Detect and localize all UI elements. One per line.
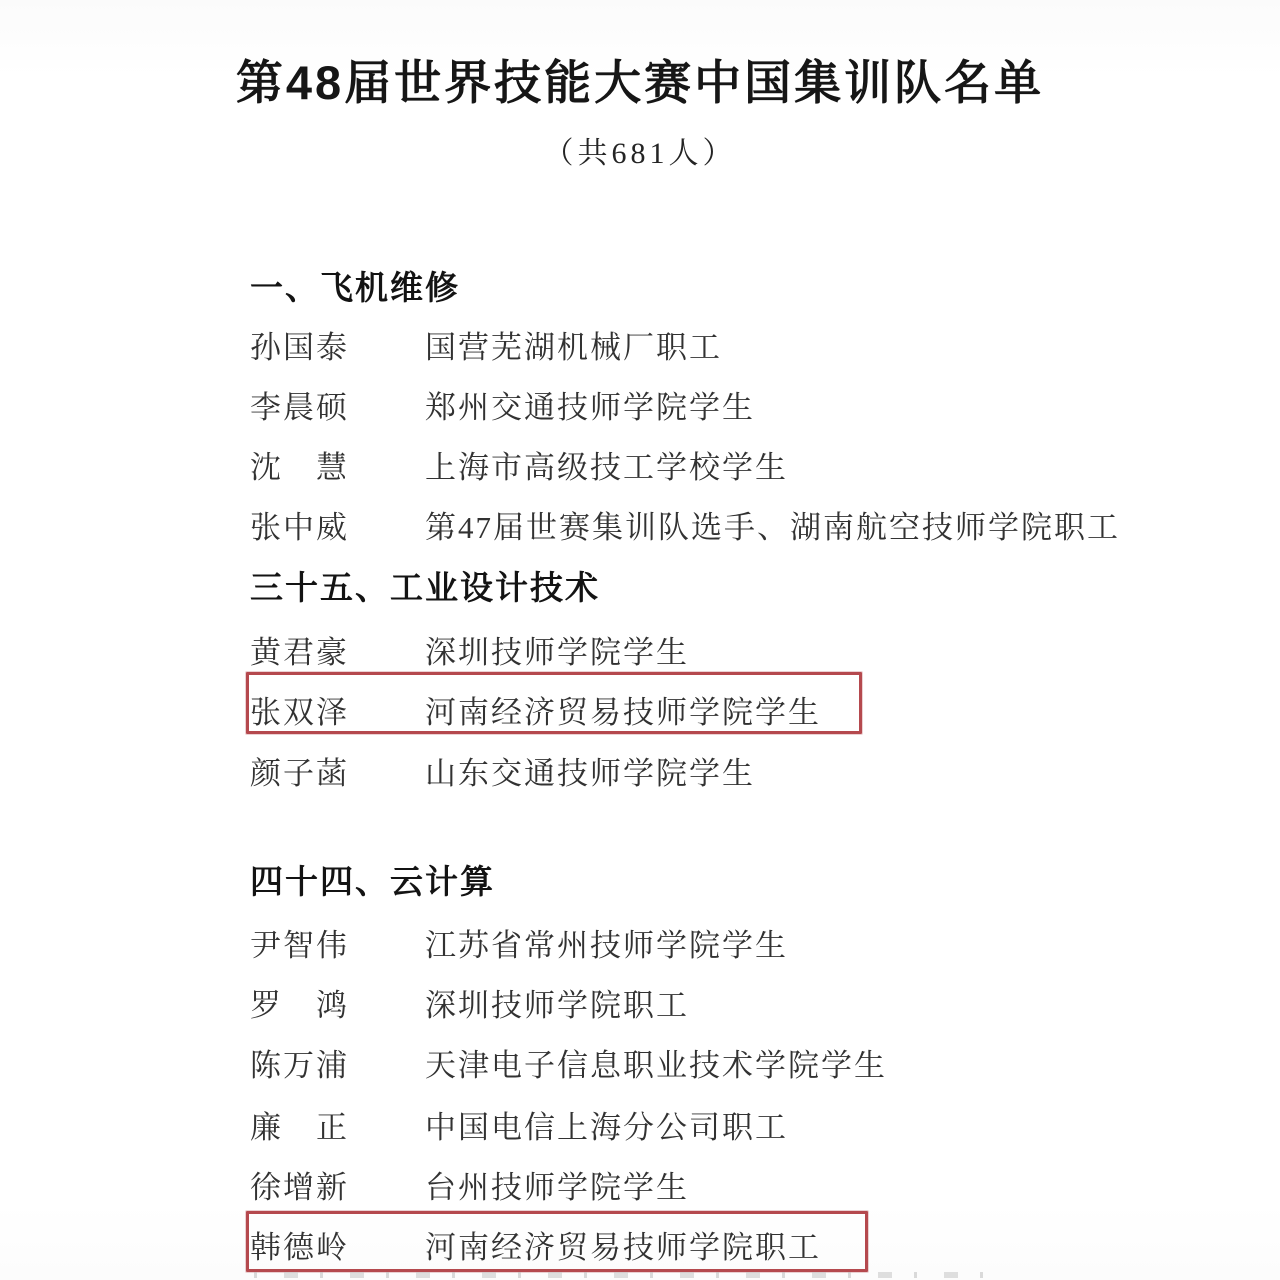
roster-row: 廉 正中国电信上海分公司职工 [250,1102,788,1147]
document-page: 第48届世界技能大赛中国集训队名单 （共681人） 一、飞机维修 孙国泰国营芜湖… [0,0,1280,1280]
roster-row-highlighted: 张双泽河南经济贸易技师学院学生 [250,687,821,732]
member-name: 李晨硕 [250,382,354,427]
member-affiliation: 深圳技师学院学生 [425,627,689,672]
member-name: 张中威 [250,502,354,547]
member-name: 颜子菡 [250,748,354,793]
section-heading-aircraft-maintenance: 一、飞机维修 [250,262,460,309]
roster-row: 张中威第47届世赛集训队选手、湖南航空技师学院职工 [250,502,1120,547]
member-affiliation: 第47届世赛集训队选手、湖南航空技师学院职工 [425,502,1120,547]
roster-row: 罗 鸿深圳技师学院职工 [250,980,689,1025]
roster-row: 颜子菡山东交通技师学院学生 [250,748,755,793]
roster-row: 李晨硕郑州交通技师学院学生 [250,382,755,427]
member-name: 尹智伟 [250,920,354,965]
member-name: 韩德岭 [250,1222,354,1267]
roster-row-highlighted: 韩德岭河南经济贸易技师学院职工 [250,1222,821,1267]
member-affiliation: 台州技师学院学生 [425,1162,689,1207]
page-subtitle: （共681人） [0,128,1280,172]
roster-row: 沈 慧上海市高级技工学校学生 [250,442,788,487]
member-affiliation: 中国电信上海分公司职工 [425,1102,788,1147]
member-name: 罗 鸿 [250,980,354,1025]
member-affiliation: 国营芜湖机械厂职工 [425,322,722,367]
section-heading-cloud-computing: 四十四、云计算 [250,856,495,903]
roster-row: 尹智伟江苏省常州技师学院学生 [250,920,788,965]
roster-row: 徐增新台州技师学院学生 [250,1162,689,1207]
member-affiliation: 江苏省常州技师学院学生 [425,920,788,965]
roster-row: 陈万浦天津电子信息职业技术学院学生 [250,1040,887,1085]
member-name: 黄君豪 [250,627,354,672]
member-affiliation: 山东交通技师学院学生 [425,748,755,793]
member-affiliation: 上海市高级技工学校学生 [425,442,788,487]
member-name: 廉 正 [250,1102,354,1147]
clipped-row-artifact [254,1272,994,1278]
page-title: 第48届世界技能大赛中国集训队名单 [0,46,1280,113]
member-name: 徐增新 [250,1162,354,1207]
member-affiliation: 郑州交通技师学院学生 [425,382,755,427]
member-name: 沈 慧 [250,442,354,487]
member-affiliation: 河南经济贸易技师学院学生 [425,687,821,732]
member-name: 张双泽 [250,687,354,732]
member-name: 孙国泰 [250,322,354,367]
member-affiliation: 深圳技师学院职工 [425,980,689,1025]
member-affiliation: 天津电子信息职业技术学院学生 [425,1040,887,1085]
roster-row: 黄君豪深圳技师学院学生 [250,627,689,672]
section-heading-industrial-design: 三十五、工业设计技术 [250,562,600,609]
roster-row: 孙国泰国营芜湖机械厂职工 [250,322,722,367]
member-affiliation: 河南经济贸易技师学院职工 [425,1222,821,1267]
member-name: 陈万浦 [250,1040,354,1085]
